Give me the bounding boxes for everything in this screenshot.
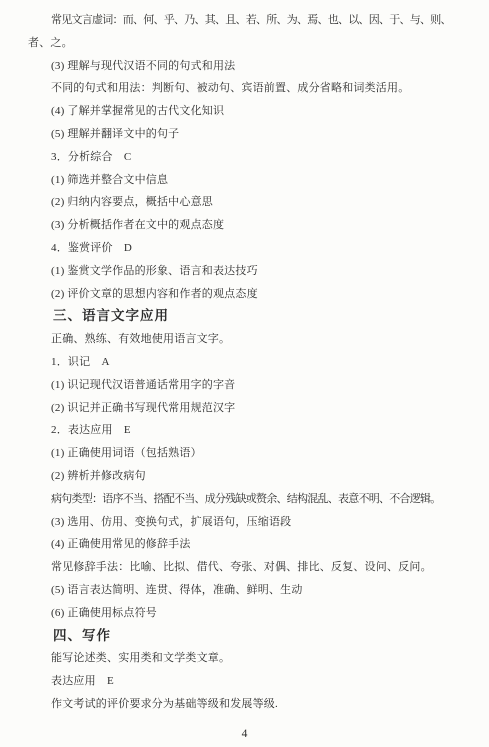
text-line: 2．表达应用 E — [28, 419, 463, 442]
text-line: 能写论述类、实用类和文学类文章。 — [28, 647, 463, 670]
text-line: (4) 了解并掌握常见的古代文化知识 — [28, 100, 463, 123]
text-line: (3) 分析概括作者在文中的观点态度 — [28, 214, 463, 237]
text-line: 常见文言虚词：而、何、乎、乃、其、且、若、所、为、焉、也、以、因、于、与、则、 — [28, 9, 463, 32]
text-line: (3) 理解与现代汉语不同的句式和用法 — [28, 55, 463, 78]
text-line: (6) 正确使用标点符号 — [28, 602, 463, 625]
text-line: 作文考试的评价要求分为基础等级和发展等级. — [28, 693, 463, 716]
section-heading: 三、语言文字应用 — [28, 305, 463, 328]
text-line: (1) 识记现代汉语普通话常用字的字音 — [28, 374, 463, 397]
text-line: (2) 归纳内容要点，概括中心意思 — [28, 191, 463, 214]
text-line: 正确、熟练、有效地使用语言文字。 — [28, 328, 463, 351]
text-line: (1) 鉴赏文学作品的形象、语言和表达技巧 — [28, 260, 463, 283]
text-line: (2) 评价文章的思想内容和作者的观点态度 — [28, 283, 463, 306]
text-line: 者、之。 — [28, 32, 463, 55]
text-line: 4．鉴赏评价 D — [28, 237, 463, 260]
document-body: 常见文言虚词：而、何、乎、乃、其、且、若、所、为、焉、也、以、因、于、与、则、者… — [0, 0, 489, 716]
text-line: (5) 语言表达简明、连贯、得体，准确、鲜明、生动 — [28, 579, 463, 602]
text-line: (2) 辨析并修改病句 — [28, 465, 463, 488]
text-line: 3．分析综合 C — [28, 146, 463, 169]
text-line: (4) 正确使用常见的修辞手法 — [28, 533, 463, 556]
text-line: 不同的句式和用法：判断句、被动句、宾语前置、成分省略和词类活用。 — [28, 77, 463, 100]
text-line: (1) 正确使用词语（包括熟语） — [28, 442, 463, 465]
text-line: 表达应用 E — [28, 670, 463, 693]
text-line: 病句类型：语序不当、搭配不当、成分残缺或赘余、结构混乱、表意不明、不合逻辑。 — [28, 488, 463, 511]
text-line: (3) 选用、仿用、变换句式，扩展语句，压缩语段 — [28, 511, 463, 534]
text-line: 1．识记 A — [28, 351, 463, 374]
text-line: (2) 识记并正确书写现代常用规范汉字 — [28, 397, 463, 420]
section-heading: 四、写作 — [28, 625, 463, 648]
text-line: 常见修辞手法：比喻、比拟、借代、夸张、对偶、排比、反复、设问、反问。 — [28, 556, 463, 579]
text-line: (1) 筛选并整合文中信息 — [28, 169, 463, 192]
page-number: 4 — [0, 728, 489, 740]
document-page: 常见文言虚词：而、何、乎、乃、其、且、若、所、为、焉、也、以、因、于、与、则、者… — [0, 0, 489, 747]
text-line: (5) 理解并翻译文中的句子 — [28, 123, 463, 146]
